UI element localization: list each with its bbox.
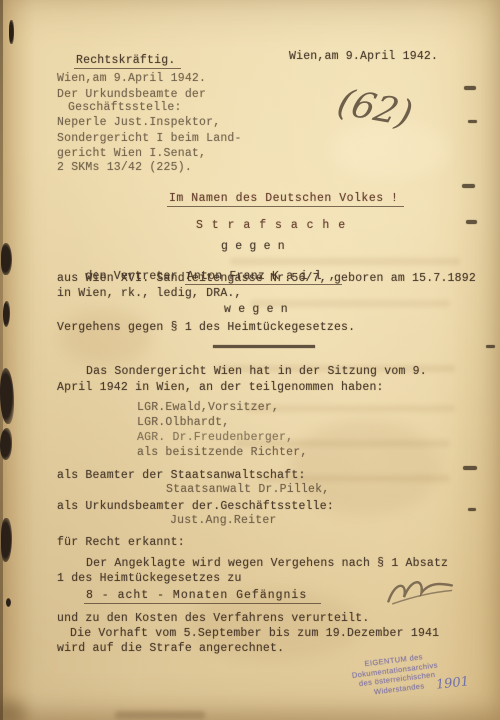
clerk-block-line: Der Urkundsbeamte der bbox=[57, 88, 206, 102]
archive-stamp: EIGENTUM des Dokumentationsarchivs des ö… bbox=[350, 645, 484, 699]
scan-edge-shadow bbox=[0, 0, 3, 720]
gegen-label: g e g e n bbox=[221, 240, 285, 254]
handwritten-inventory-number: 1901 bbox=[435, 674, 469, 692]
bottom-edge-smudge bbox=[115, 711, 205, 719]
defendant-address: aus Wien XVI. Sandleitengasse Nr.56/7, g… bbox=[57, 272, 476, 286]
edge-stain bbox=[1, 243, 12, 275]
verdict-line: Die Vorhaft vom 5.September bis zum 19.D… bbox=[70, 627, 439, 641]
margin-mark bbox=[468, 120, 477, 123]
clerk-block-line: gericht Wien I.Senat, bbox=[57, 147, 206, 161]
date-line-right: Wien,am 9.April 1942. bbox=[289, 50, 438, 64]
margin-mark bbox=[464, 86, 476, 90]
judge-line: als beisitzende Richter, bbox=[137, 446, 307, 460]
margin-mark bbox=[468, 508, 476, 511]
edge-stain bbox=[6, 598, 11, 607]
clerk-block-line: Sondergericht I beim Land- bbox=[57, 132, 242, 146]
registrar-label: als Urkundsbeamter der.Geschäftsstelle: bbox=[57, 500, 334, 514]
strafsache-heading: S t r a f s a c h e bbox=[196, 219, 346, 233]
session-line: Das Sondergericht Wien hat in der Sitzun… bbox=[86, 365, 427, 379]
clerk-block-line: Wien,am 9.April 1942. bbox=[57, 72, 206, 86]
session-line: April 1942 in Wien, an der teilgenommen … bbox=[57, 381, 384, 395]
edge-stain bbox=[0, 428, 12, 460]
margin-mark bbox=[466, 220, 477, 224]
corner-smudge bbox=[0, 700, 26, 720]
judge-line: LGR.Olbhardt, bbox=[137, 416, 229, 430]
verdict-line: wird auf die Strafe angerechnet. bbox=[57, 642, 284, 656]
margin-mark bbox=[486, 345, 495, 348]
scanned-court-document: Wien,am 9.April 1942. Rechtskräftig. Wie… bbox=[0, 0, 500, 720]
section-divider bbox=[213, 345, 315, 348]
margin-mark bbox=[463, 466, 477, 470]
handwritten-initials bbox=[383, 573, 455, 605]
judge-line: LGR.Ewald,Vorsitzer, bbox=[137, 401, 279, 415]
verdict-line: 1 des Heimtückegesetzes zu bbox=[57, 572, 242, 586]
sentence-line: 8 - acht - Monaten Gefängnis bbox=[84, 589, 321, 604]
clerk-block-line: Geschäftsstelle: bbox=[68, 101, 182, 115]
edge-stain bbox=[1, 518, 12, 562]
judge-line: AGR. Dr.Freudenberger, bbox=[137, 431, 293, 445]
verdict-line: Der Angeklagte wird wegen Vergehens nach… bbox=[86, 557, 448, 571]
defendant-detail: in Wien, rk., ledig, DRA., bbox=[57, 287, 242, 301]
verdict-line: und zu den Kosten des Verfahrens verurte… bbox=[57, 612, 369, 626]
verdict-intro: für Recht erkannt: bbox=[57, 536, 185, 550]
clerk-block-line: Neperle Just.Inspektor, bbox=[57, 116, 220, 130]
wegen-label: w e g e n bbox=[224, 303, 288, 317]
registrar-name: Just.Ang.Reiter bbox=[170, 514, 277, 528]
prosecutor-label: als Beamter der Staatsanwaltschaft: bbox=[57, 469, 306, 483]
offense-line: Vergehens gegen § 1 des Heimtückegesetze… bbox=[57, 321, 355, 335]
margin-mark bbox=[462, 184, 475, 188]
prosecutor-name: Staatsanwalt Dr.Pillek, bbox=[166, 483, 329, 497]
edge-stain bbox=[3, 301, 10, 327]
edge-stain bbox=[0, 368, 14, 424]
legal-force-note: Rechtskräftig. bbox=[74, 54, 181, 69]
handwritten-page-number: (62) bbox=[333, 82, 417, 134]
in-the-name-heading: Im Namen des Deutschen Volkes ! bbox=[167, 192, 404, 207]
case-number: 2 SKMs 13/42 (225). bbox=[57, 161, 192, 175]
paper-stain bbox=[60, 310, 150, 365]
edge-stain bbox=[9, 20, 14, 44]
